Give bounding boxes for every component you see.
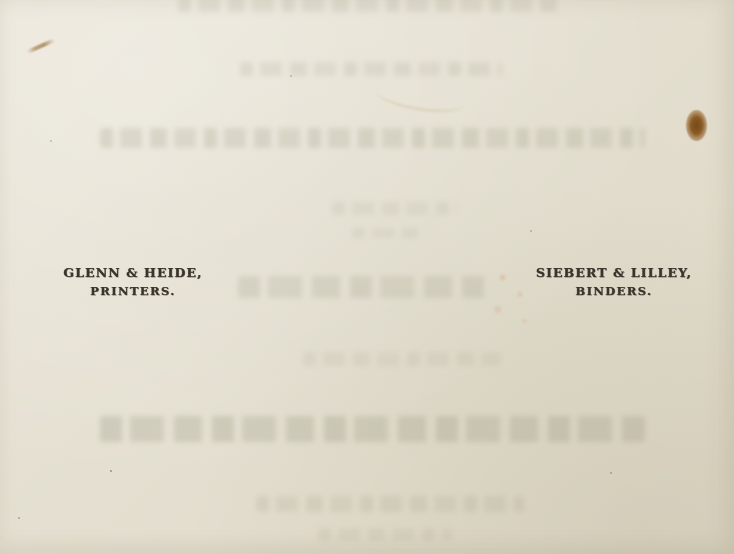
ghost-text-line (256, 496, 524, 512)
ghost-text-line (178, 0, 558, 12)
ghost-text-line (332, 202, 458, 215)
ghost-text-line (240, 62, 502, 76)
binder-stamp-role: BINDERS. (534, 285, 694, 298)
ghost-text-line (100, 128, 645, 148)
ghost-text-line (303, 352, 501, 366)
scanned-book-page: GLENN & HEIDE, PRINTERS. SIEBERT & LILLE… (0, 0, 734, 554)
binder-stamp-name: SIEBERT & LILLEY, (534, 266, 694, 280)
printer-stamp: GLENN & HEIDE, PRINTERS. (60, 266, 206, 298)
binder-stamp: SIEBERT & LILLEY, BINDERS. (534, 266, 694, 298)
printer-stamp-name: GLENN & HEIDE, (60, 266, 206, 280)
ghost-text-line (318, 528, 452, 541)
dust-specks (110, 470, 112, 472)
ghost-text-line (238, 276, 486, 298)
foxing-spot (686, 110, 707, 141)
ghost-text-line (100, 416, 645, 442)
faint-stain-mark (375, 79, 466, 116)
ghost-text-line (352, 228, 418, 238)
printer-stamp-role: PRINTERS. (60, 285, 206, 298)
scratch-mark (26, 38, 55, 54)
